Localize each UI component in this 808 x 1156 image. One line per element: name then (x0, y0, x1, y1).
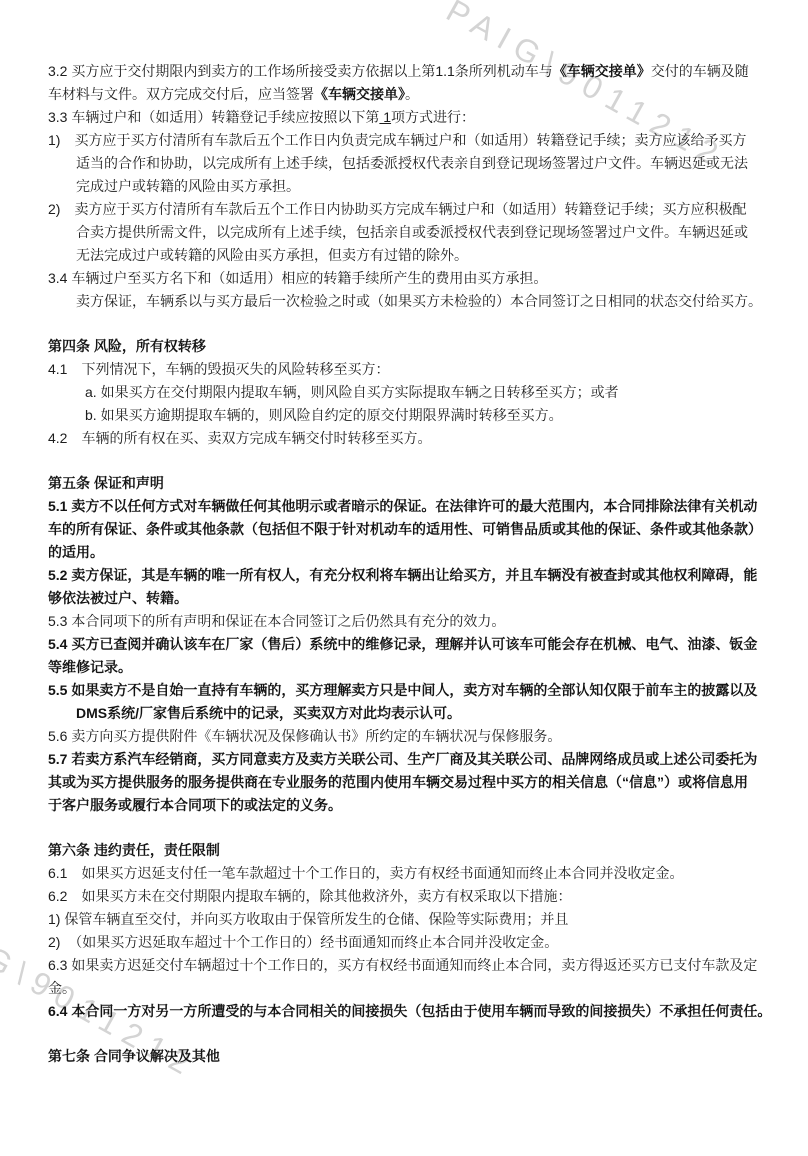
clause-5-7-line: 其或为买方提供服务的服务提供商在专业服务的范围内使用车辆交易过程中买方的相关信息… (48, 771, 762, 794)
contract-page: 3.2 买方应于交付期限内到卖方的工作场所接受卖方依据以上第1.1条所列机动车与… (48, 60, 762, 1068)
text-segment: 3.2 买方应于交付期限内到卖方的工作场所接受卖方依据以上第1.1条所列机动车与 (48, 63, 553, 79)
clause-3-4-note: 卖方保证，车辆系以与买方最后一次检验之时或（如果买方未检验的）本合同签订之日相同… (48, 290, 762, 313)
clause-4-1: 4.1 下列情况下，车辆的毁损灭失的风险转移至买方： (48, 358, 762, 381)
clause-6-1-line: 6.1 如果买方迟延支付任一笔车款超过十个工作日的，卖方有权经书面通知而终止本合… (48, 862, 762, 885)
clause-4-1-line: 4.1 下列情况下，车辆的毁损灭失的风险转移至买方： (48, 358, 762, 381)
list-item-1-line: 适当的合作和协助，以完成所有上述手续，包括委派授权代表亲自到登记现场签署过户文件… (48, 152, 762, 175)
text-segment: 6.2 如果买方未在交付期限内提取车辆的，除其他救济外，卖方有权采取以下措施： (48, 888, 571, 904)
text-segment: a. 如果买方在交付期限内提取车辆，则风险自买方实际提取车辆之日转移至买方；或者 (85, 384, 619, 400)
text-segment: 第七条 合同争议解决及其他 (48, 1048, 220, 1064)
text-segment: 5.4 买方已查阅并确认该车在厂家（售后）系统中的维修记录，理解并认可该车可能会… (48, 636, 757, 652)
clause-5-5-line: 5.5 如果卖方不是自始一直持有车辆的，买方理解卖方只是中间人，卖方对车辆的全部… (48, 679, 762, 702)
list-item-2-line: 无法完成过户或转籍的风险由买方承担，但卖方有过错的除外。 (48, 244, 762, 267)
text-segment: 5.7 若卖方系汽车经销商，买方同意卖方及卖方关联公司、生产厂商及其关联公司、品… (48, 751, 757, 767)
list-item-2-line: 合卖方提供所需文件，以完成所有上述手续，包括亲自或委派授权代表到登记现场签署过户… (48, 221, 762, 244)
clause-3-4-note-line: 卖方保证，车辆系以与买方最后一次检验之时或（如果买方未检验的）本合同签订之日相同… (48, 290, 762, 313)
clause-6-2-line: 6.2 如果买方未在交付期限内提取车辆的，除其他救济外，卖方有权采取以下措施： (48, 885, 762, 908)
list-item-1-line: 完成过户或转籍的风险由买方承担。 (48, 175, 762, 198)
text-segment: 项方式进行： (391, 109, 475, 125)
clause-6-1: 6.1 如果买方迟延支付任一笔车款超过十个工作日的，卖方有权经书面通知而终止本合… (48, 862, 762, 885)
text-segment: 4.2 车辆的所有权在买、卖双方完成车辆交付时转移至买方。 (48, 430, 431, 446)
text-segment: 。 (405, 86, 419, 102)
sub-item-b: b. 如果买方逾期提取车辆的，则风险自约定的原交付期限界满时转移至买方。 (48, 404, 762, 427)
text-segment: 第六条 违约责任，责任限制 (48, 842, 220, 858)
list-item-6-2: 2) （如果买方迟延取车超过十个工作日的）经书面通知而终止本合同并没收定金。 (48, 931, 762, 954)
clause-4-2: 4.2 车辆的所有权在买、卖双方完成车辆交付时转移至买方。 (48, 427, 762, 450)
text-segment: 金。 (48, 980, 76, 996)
text-segment: 车的所有保证、条件或其他条款（包括但不限于针对机动车的适用性、可销售品质或其他的… (48, 521, 762, 537)
list-item-1-line: 1) 买方应于买方付清所有车款后五个工作日内负责完成车辆过户和（如适用）转籍登记… (48, 129, 762, 152)
text-segment: 5.3 本合同项下的所有声明和保证在本合同签订之后仍然具有充分的效力。 (48, 613, 505, 629)
book-title-text: 《车辆交接单》 (314, 86, 405, 102)
text-segment: 适当的合作和协助，以完成所有上述手续，包括委派授权代表亲自到登记现场签署过户文件… (76, 155, 748, 171)
sub-item-a-line: a. 如果买方在交付期限内提取车辆，则风险自买方实际提取车辆之日转移至买方；或者 (48, 381, 762, 404)
heading-article-6-line: 第六条 违约责任，责任限制 (48, 839, 762, 862)
text-segment: 1) 保管车辆直至交付，并向买方收取由于保管所发生的仓储、保险等实际费用；并且 (48, 911, 568, 927)
text-segment: 1) 买方应于买方付清所有车款后五个工作日内负责完成车辆过户和（如适用）转籍登记… (48, 132, 746, 148)
clause-5-7-line: 于客户服务或履行本合同项下的或法定的义务。 (48, 794, 762, 817)
clause-5-7-line: 5.7 若卖方系汽车经销商，买方同意卖方及卖方关联公司、生产厂商及其关联公司、品… (48, 748, 762, 771)
list-item-2: 2) 卖方应于买方付清所有车款后五个工作日内协助买方完成车辆过户和（如适用）转籍… (48, 198, 762, 267)
clause-6-3: 6.3 如果卖方迟延交付车辆超过十个工作日的，买方有权经书面通知而终止本合同，卖… (48, 954, 762, 1000)
clause-5-6-line: 5.6 卖方向买方提供附件《车辆状况及保修确认书》所约定的车辆状况与保修服务。 (48, 725, 762, 748)
clause-5-3: 5.3 本合同项下的所有声明和保证在本合同签订之后仍然具有充分的效力。 (48, 610, 762, 633)
list-item-2-line: 2) 卖方应于买方付清所有车款后五个工作日内协助买方完成车辆过户和（如适用）转籍… (48, 198, 762, 221)
text-segment: 5.2 卖方保证，其是车辆的唯一所有权人，有充分权利将车辆出让给买方，并且车辆没… (48, 567, 757, 583)
heading-article-4: 第四条 风险，所有权转移 (48, 335, 762, 358)
clause-4-2-line: 4.2 车辆的所有权在买、卖双方完成车辆交付时转移至买方。 (48, 427, 762, 450)
list-item-6-2-line: 2) （如果买方迟延取车超过十个工作日的）经书面通知而终止本合同并没收定金。 (48, 931, 762, 954)
text-segment: DMS系统/厂家售后系统中的记录，买卖双方对此均表示认可。 (76, 705, 461, 721)
clause-5-7: 5.7 若卖方系汽车经销商，买方同意卖方及卖方关联公司、生产厂商及其关联公司、品… (48, 748, 762, 817)
list-item-6-1: 1) 保管车辆直至交付，并向买方收取由于保管所发生的仓储、保险等实际费用；并且 (48, 908, 762, 931)
clause-5-4-line: 等维修记录。 (48, 656, 762, 679)
list-item-1: 1) 买方应于买方付清所有车款后五个工作日内负责完成车辆过户和（如适用）转籍登记… (48, 129, 762, 198)
text-segment: 2) 卖方应于买方付清所有车款后五个工作日内协助买方完成车辆过户和（如适用）转籍… (48, 201, 746, 217)
clause-6-3-line: 6.3 如果卖方迟延交付车辆超过十个工作日的，买方有权经书面通知而终止本合同，卖… (48, 954, 762, 977)
text-segment: 6.1 如果买方迟延支付任一笔车款超过十个工作日的，卖方有权经书面通知而终止本合… (48, 865, 683, 881)
clause-6-2: 6.2 如果买方未在交付期限内提取车辆的，除其他救济外，卖方有权采取以下措施： (48, 885, 762, 908)
text-segment: 6.3 如果卖方迟延交付车辆超过十个工作日的，买方有权经书面通知而终止本合同，卖… (48, 957, 757, 973)
clause-5-2: 5.2 卖方保证，其是车辆的唯一所有权人，有充分权利将车辆出让给买方，并且车辆没… (48, 564, 762, 610)
text-segment: 5.6 卖方向买方提供附件《车辆状况及保修确认书》所约定的车辆状况与保修服务。 (48, 728, 561, 744)
text-segment: 车材料与文件。双方完成交付后，应当签署 (48, 86, 314, 102)
clause-3-2: 3.2 买方应于交付期限内到卖方的工作场所接受卖方依据以上第1.1条所列机动车与… (48, 60, 762, 106)
text-segment: 4.1 下列情况下，车辆的毁损灭失的风险转移至买方： (48, 361, 389, 377)
heading-article-5: 第五条 保证和声明 (48, 472, 762, 495)
clause-3-4-line: 3.4 车辆过户至买方名下和（如适用）相应的转籍手续所产生的费用由买方承担。 (48, 267, 762, 290)
text-segment: 6.4 本合同一方对另一方所遭受的与本合同相关的间接损失（包括由于使用车辆而导致… (48, 1003, 771, 1019)
text-segment: 完成过户或转籍的风险由买方承担。 (76, 178, 300, 194)
text-segment: 无法完成过户或转籍的风险由买方承担，但卖方有过错的除外。 (76, 247, 468, 263)
clause-5-1-line: 的适用。 (48, 541, 762, 564)
clause-6-3-line: 金。 (48, 977, 762, 1000)
sub-item-a: a. 如果买方在交付期限内提取车辆，则风险自买方实际提取车辆之日转移至买方；或者 (48, 381, 762, 404)
clause-5-6: 5.6 卖方向买方提供附件《车辆状况及保修确认书》所约定的车辆状况与保修服务。 (48, 725, 762, 748)
clause-5-2-line: 够依法被过户、转籍。 (48, 587, 762, 610)
heading-article-4-line: 第四条 风险，所有权转移 (48, 335, 762, 358)
text-segment: 交付的车辆及随 (651, 63, 749, 79)
clause-3-2-line: 车材料与文件。双方完成交付后，应当签署《车辆交接单》。 (48, 83, 762, 106)
text-segment: 的适用。 (48, 544, 104, 560)
clause-5-5-line: DMS系统/厂家售后系统中的记录，买卖双方对此均表示认可。 (48, 702, 762, 725)
heading-article-7: 第七条 合同争议解决及其他 (48, 1045, 762, 1068)
clause-3-3-line: 3.3 车辆过户和（如适用）转籍登记手续应按照以下第 1项方式进行： (48, 106, 762, 129)
contract-body: 3.2 买方应于交付期限内到卖方的工作场所接受卖方依据以上第1.1条所列机动车与… (48, 60, 762, 1068)
book-title-text: 《车辆交接单》 (553, 63, 651, 79)
clause-6-4-line: 6.4 本合同一方对另一方所遭受的与本合同相关的间接损失（包括由于使用车辆而导致… (48, 1000, 762, 1023)
text-segment: 够依法被过户、转籍。 (48, 590, 188, 606)
text-segment: 第五条 保证和声明 (48, 475, 164, 491)
text-segment: 3.3 车辆过户和（如适用）转籍登记手续应按照以下第 (48, 109, 379, 125)
text-segment: 合卖方提供所需文件，以完成所有上述手续，包括亲自或委派授权代表到登记现场签署过户… (76, 224, 748, 240)
list-item-6-1-line: 1) 保管车辆直至交付，并向买方收取由于保管所发生的仓储、保险等实际费用；并且 (48, 908, 762, 931)
text-segment: 5.1 卖方不以任何方式对车辆做任何其他明示或者暗示的保证。在法律许可的最大范围… (48, 498, 757, 514)
text-segment: 卖方保证，车辆系以与买方最后一次检验之时或（如果买方未检验的）本合同签订之日相同… (76, 293, 762, 309)
text-segment: 第四条 风险，所有权转移 (48, 338, 206, 354)
clause-5-4-line: 5.4 买方已查阅并确认该车在厂家（售后）系统中的维修记录，理解并认可该车可能会… (48, 633, 762, 656)
clause-5-4: 5.4 买方已查阅并确认该车在厂家（售后）系统中的维修记录，理解并认可该车可能会… (48, 633, 762, 679)
text-segment: b. 如果买方逾期提取车辆的，则风险自约定的原交付期限界满时转移至买方。 (85, 407, 563, 423)
clause-5-3-line: 5.3 本合同项下的所有声明和保证在本合同签订之后仍然具有充分的效力。 (48, 610, 762, 633)
clause-5-1-line: 5.1 卖方不以任何方式对车辆做任何其他明示或者暗示的保证。在法律许可的最大范围… (48, 495, 762, 518)
text-segment: 5.5 如果卖方不是自始一直持有车辆的，买方理解卖方只是中间人，卖方对车辆的全部… (48, 682, 757, 698)
clause-5-1-line: 车的所有保证、条件或其他条款（包括但不限于针对机动车的适用性、可销售品质或其他的… (48, 518, 762, 541)
text-segment: 等维修记录。 (48, 659, 132, 675)
text-segment: 于客户服务或履行本合同项下的或法定的义务。 (48, 797, 342, 813)
text-segment: 2) （如果买方迟延取车超过十个工作日的）经书面通知而终止本合同并没收定金。 (48, 934, 558, 950)
heading-article-5-line: 第五条 保证和声明 (48, 472, 762, 495)
heading-article-6: 第六条 违约责任，责任限制 (48, 839, 762, 862)
clause-5-2-line: 5.2 卖方保证，其是车辆的唯一所有权人，有充分权利将车辆出让给买方，并且车辆没… (48, 564, 762, 587)
clause-5-1: 5.1 卖方不以任何方式对车辆做任何其他明示或者暗示的保证。在法律许可的最大范围… (48, 495, 762, 564)
clause-5-5: 5.5 如果卖方不是自始一直持有车辆的，买方理解卖方只是中间人，卖方对车辆的全部… (48, 679, 762, 725)
clause-3-4: 3.4 车辆过户至买方名下和（如适用）相应的转籍手续所产生的费用由买方承担。 (48, 267, 762, 290)
sub-item-b-line: b. 如果买方逾期提取车辆的，则风险自约定的原交付期限界满时转移至买方。 (48, 404, 762, 427)
clause-6-4: 6.4 本合同一方对另一方所遭受的与本合同相关的间接损失（包括由于使用车辆而导致… (48, 1000, 762, 1023)
clause-3-3: 3.3 车辆过户和（如适用）转籍登记手续应按照以下第 1项方式进行： (48, 106, 762, 129)
text-segment: 3.4 车辆过户至买方名下和（如适用）相应的转籍手续所产生的费用由买方承担。 (48, 270, 547, 286)
heading-article-7-line: 第七条 合同争议解决及其他 (48, 1045, 762, 1068)
text-segment: 1 (379, 109, 391, 125)
text-segment: 其或为买方提供服务的服务提供商在专业服务的范围内使用车辆交易过程中买方的相关信息… (48, 774, 748, 790)
clause-3-2-line: 3.2 买方应于交付期限内到卖方的工作场所接受卖方依据以上第1.1条所列机动车与… (48, 60, 762, 83)
